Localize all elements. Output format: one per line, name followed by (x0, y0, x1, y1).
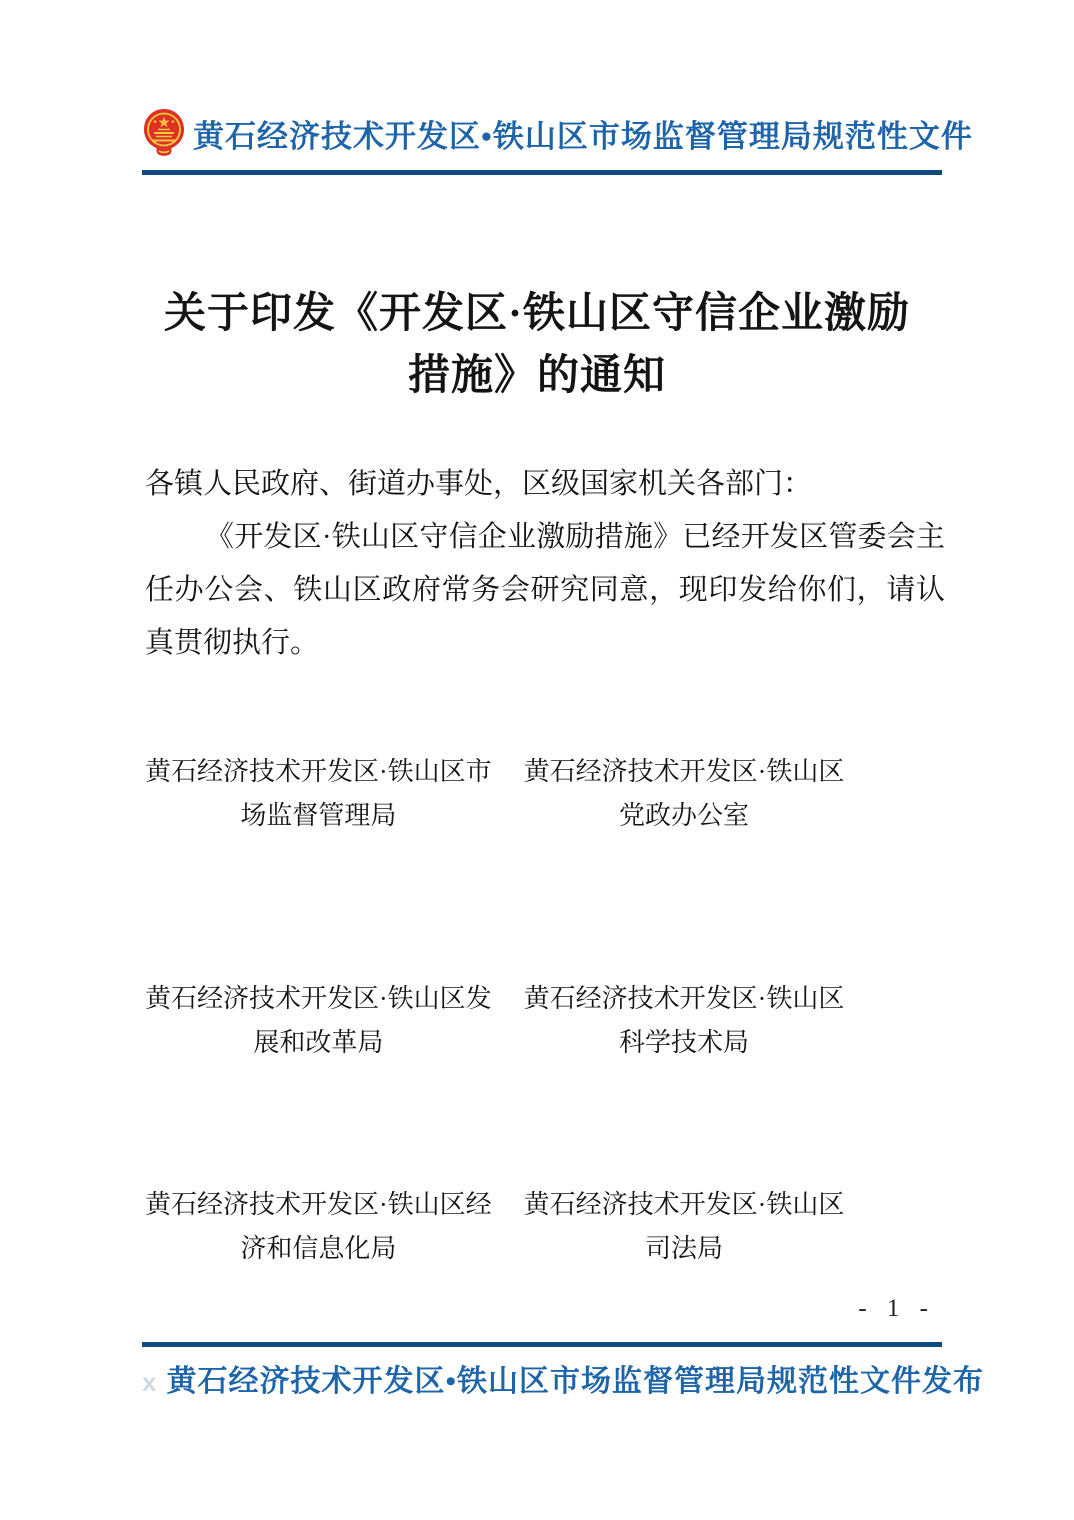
signature-org-line: 黄石经济技术开发区·铁山区 (524, 1183, 845, 1227)
document-page: 黄石经济技术开发区•铁山区市场监督管理局规范性文件 关于印发《开发区·铁山区守信… (0, 0, 1074, 1520)
signature-org-line: 黄石经济技术开发区·铁山区 (524, 977, 845, 1021)
signature-org-development-reform: 黄石经济技术开发区·铁山区发 展和改革局 (145, 977, 492, 1065)
signature-org-line: 展和改革局 (145, 1021, 492, 1065)
signature-org-line: 党政办公室 (524, 794, 845, 838)
signature-org-line: 科学技术局 (524, 1021, 845, 1065)
signature-org-line: 司法局 (524, 1227, 845, 1271)
signature-org-line: 黄石经济技术开发区·铁山区 (524, 750, 845, 794)
china-national-emblem-icon (142, 108, 186, 158)
header-banner-title: 黄石经济技术开发区•铁山区市场监督管理局规范性文件 (193, 111, 973, 156)
header-divider-rule (142, 170, 942, 175)
footer-divider-rule (142, 1342, 942, 1347)
signature-row-3: 黄石经济技术开发区·铁山区经 济和信息化局 黄石经济技术开发区·铁山区 司法局 (145, 1183, 844, 1271)
document-title-line-1: 关于印发《开发区·铁山区守信企业激励 (0, 283, 1074, 345)
signature-org-party-gov-office: 黄石经济技术开发区·铁山区 党政办公室 (524, 750, 845, 838)
footer-watermark-mark: x (142, 1367, 156, 1397)
signature-org-line: 场监督管理局 (145, 794, 492, 838)
signature-row-1: 黄石经济技术开发区·铁山区市 场监督管理局 黄石经济技术开发区·铁山区 党政办公… (145, 750, 844, 838)
document-footer: x黄石经济技术开发区•铁山区市场监督管理局规范性文件发布 (142, 1356, 942, 1400)
signature-org-line: 黄石经济技术开发区·铁山区市 (145, 750, 492, 794)
document-title: 关于印发《开发区·铁山区守信企业激励 措施》的通知 (0, 283, 1074, 407)
document-title-line-2: 措施》的通知 (0, 345, 1074, 407)
signature-org-economy-information: 黄石经济技术开发区·铁山区经 济和信息化局 (145, 1183, 492, 1271)
signature-org-line: 黄石经济技术开发区·铁山区发 (145, 977, 492, 1021)
signature-org-justice: 黄石经济技术开发区·铁山区 司法局 (524, 1183, 845, 1271)
document-header: 黄石经济技术开发区•铁山区市场监督管理局规范性文件 (142, 108, 942, 175)
signature-org-line: 黄石经济技术开发区·铁山区经 (145, 1183, 492, 1227)
salutation-line: 各镇人民政府、街道办事处，区级国家机关各部门： (145, 458, 945, 511)
signature-org-market-supervision: 黄石经济技术开发区·铁山区市 场监督管理局 (145, 750, 492, 838)
signature-row-2: 黄石经济技术开发区·铁山区发 展和改革局 黄石经济技术开发区·铁山区 科学技术局 (145, 977, 844, 1065)
signature-org-line: 济和信息化局 (145, 1227, 492, 1271)
body-paragraph: 《开发区·铁山区守信企业激励措施》已经开发区管委会主任办公会、铁山区政府常务会研… (145, 511, 945, 670)
signature-org-science-technology: 黄石经济技术开发区·铁山区 科学技术局 (524, 977, 845, 1065)
page-number: - 1 - (858, 1295, 935, 1323)
document-body: 各镇人民政府、街道办事处，区级国家机关各部门： 《开发区·铁山区守信企业激励措施… (145, 458, 945, 670)
footer-banner-title: 黄石经济技术开发区•铁山区市场监督管理局规范性文件发布 (166, 1365, 984, 1398)
